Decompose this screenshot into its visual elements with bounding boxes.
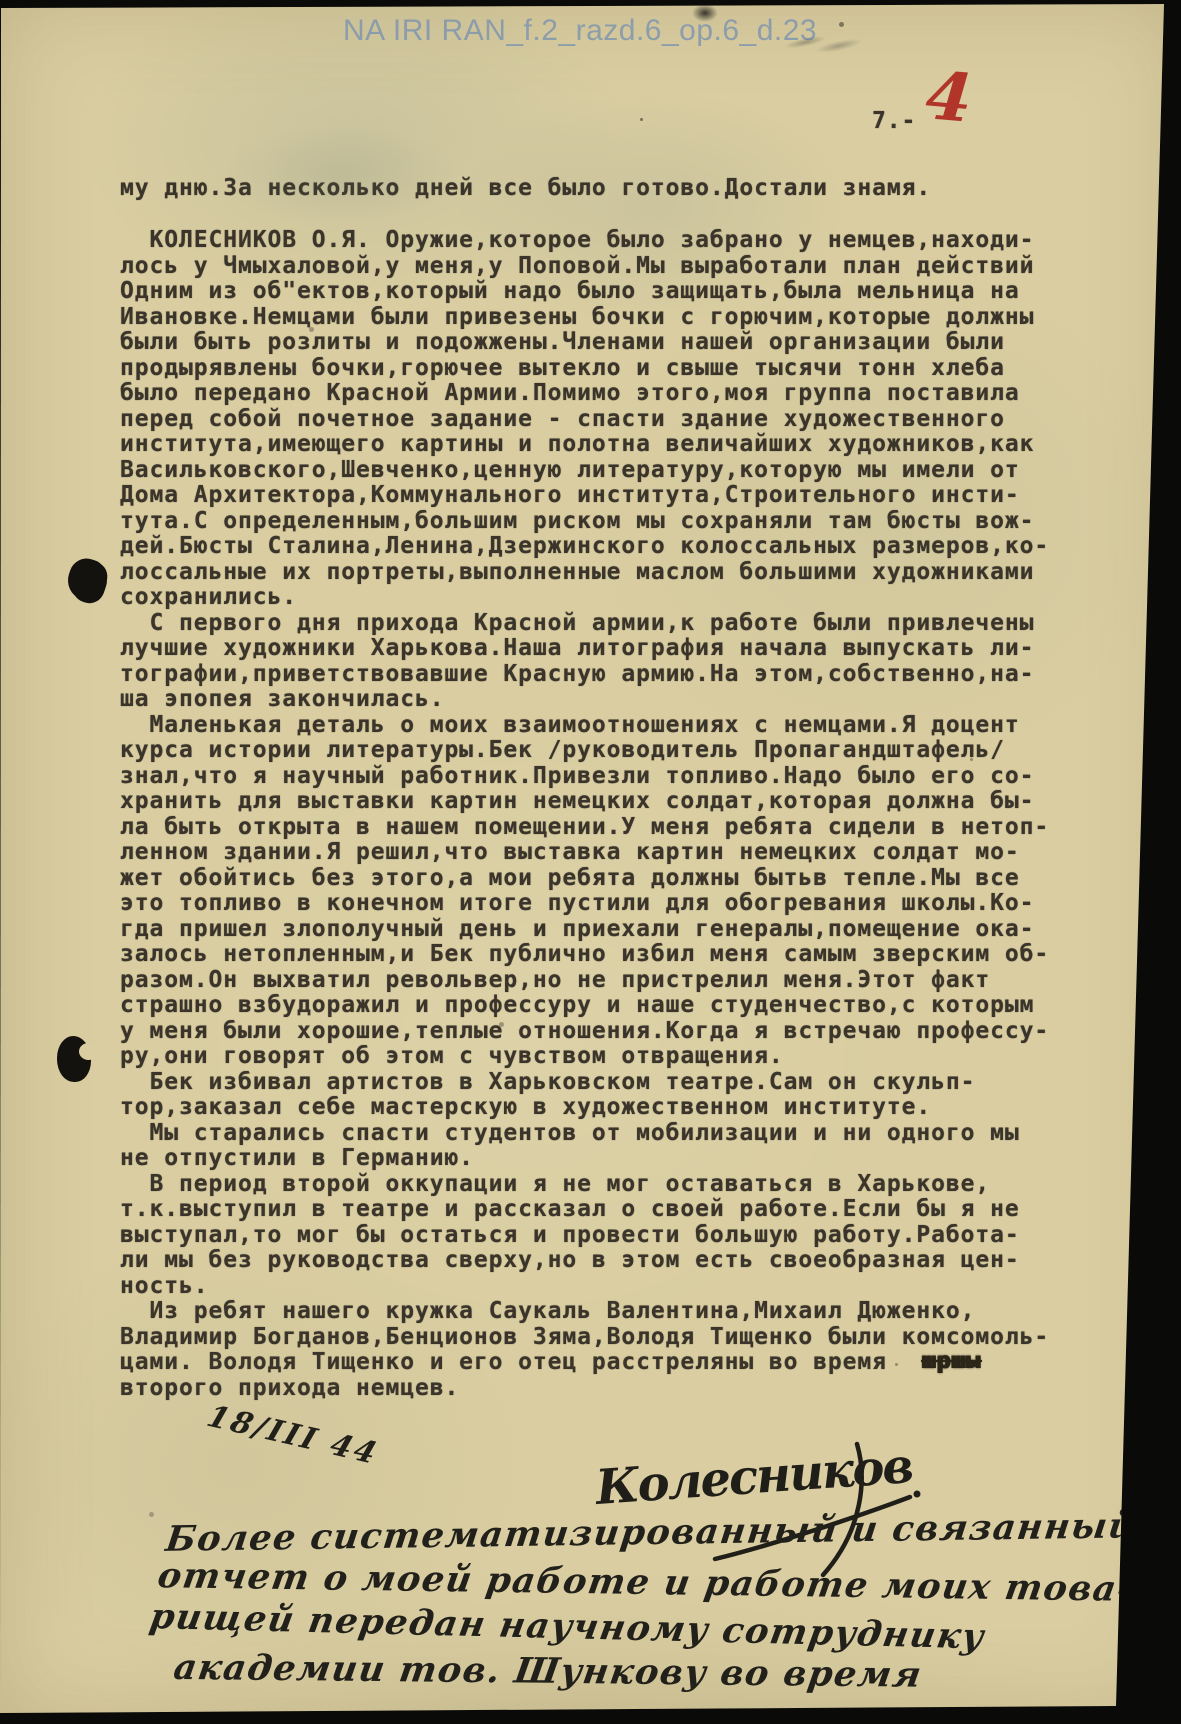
typed-line: лось у Чмыхаловой,у меня,у Поповой.Мы вы… xyxy=(120,254,1049,280)
typed-line: дей.Бюсты Сталина,Ленина,Дзержинского ко… xyxy=(120,534,1049,560)
typed-line: тор,заказал себе мастерскую в художестве… xyxy=(120,1095,1049,1121)
handwritten-note-line: академии тов. Шункову во время xyxy=(171,1645,1158,1701)
typed-line: курса истории литературы.Бек /руководите… xyxy=(120,738,1049,764)
typed-line: залось нетопленным,и Бек публично избил … xyxy=(120,942,1049,968)
typed-line: жет обойтись без этого,а мои ребята долж… xyxy=(120,866,1049,892)
typed-page-number: 7.- xyxy=(872,108,916,134)
typed-line: тута.С определенным,большим риском мы со… xyxy=(120,509,1049,535)
typed-line: института,имеющего картины и полотна вел… xyxy=(120,432,1049,458)
handwritten-note-line: Более систематизированный и связанный xyxy=(163,1503,1149,1563)
typed-line: знал,что я научный работник.Привезли топ… xyxy=(120,764,1049,790)
typed-line: Бек избивал артистов в Харьковском театр… xyxy=(120,1070,1049,1096)
typed-line: продырявлены бочки,горючее вытекло и свы… xyxy=(120,356,1049,382)
typed-line: Ивановке.Немцами были привезены бочки с … xyxy=(120,305,1049,331)
typed-line-first: му дню.За несколько дней все было готово… xyxy=(120,175,931,201)
typed-line: у меня были хорошие,теплые отношения.Ког… xyxy=(120,1019,1049,1045)
typed-line: перед собой почетное задание - спасти зд… xyxy=(120,407,1049,433)
typed-line: выступал,то мог бы остаться и провести б… xyxy=(120,1223,1049,1249)
typed-line: второго прихода немцев. xyxy=(120,1376,1049,1402)
typed-line: сохранились. xyxy=(120,585,1049,611)
red-page-number: 4 xyxy=(923,56,976,138)
typed-line: были быть розлиты и подожжены.Членами на… xyxy=(120,330,1049,356)
typed-line: хранить для выставки картин немецких сол… xyxy=(120,789,1049,815)
typed-line: было передано Красной Армии.Помимо этого… xyxy=(120,381,1049,407)
ink-blot xyxy=(63,555,112,605)
ink-blot xyxy=(57,1036,91,1082)
typed-line: ли мы без руководства сверху,но в этом е… xyxy=(120,1248,1049,1274)
typed-line: Дома Архитектора,Коммунального института… xyxy=(120,483,1049,509)
typed-line: не отпустили в Германию. xyxy=(120,1146,1049,1172)
typed-line: страшно взбудоражил и профессуру и наше … xyxy=(120,993,1049,1019)
typed-line: ру,они говорят об этом с чувством отвращ… xyxy=(120,1044,1049,1070)
handwritten-date: 18/III 44 xyxy=(203,1399,384,1471)
signature-text: Колесников xyxy=(592,1438,914,1516)
typed-line: Васильковского,Шевченко,ценную литератур… xyxy=(120,458,1049,484)
overstruck-word: шршы xyxy=(922,1349,981,1375)
typed-line: Мы старались спасти студентов от мобилиз… xyxy=(120,1121,1049,1147)
typed-line: В период второй оккупации я не мог остав… xyxy=(120,1172,1049,1198)
typed-line: ленном здании.Я решил,что выставка карти… xyxy=(120,840,1049,866)
typed-line: КОЛЕСНИКОВ О.Я. Оружие,которое было забр… xyxy=(120,228,1049,254)
handwritten-note: Более систематизированный и связанныйотч… xyxy=(150,1510,1130,1694)
typed-line: ла быть открыта в нашем помещении.У меня… xyxy=(120,815,1049,841)
document-paper: NA IRI RAN_f.2_razd.6_op.6_d.23 4 7.- му… xyxy=(0,0,1181,1724)
typed-line: цами. Володя Тищенко и его отец расстрел… xyxy=(120,1350,1049,1376)
typed-line: это топливо в конечном итоге пустили для… xyxy=(120,891,1049,917)
typed-line: гда пришел злополучный день и приехали г… xyxy=(120,917,1049,943)
typed-line: Владимир Богданов,Бенционов Зяма,Володя … xyxy=(120,1325,1049,1351)
typed-line: С первого дня прихода Красной армии,к ра… xyxy=(120,611,1049,637)
typed-line: лучшие художники Харькова.Наша литографи… xyxy=(120,636,1049,662)
typed-line: ша эпопея закончилась. xyxy=(120,687,1049,713)
typed-text-block: КОЛЕСНИКОВ О.Я. Оружие,которое было забр… xyxy=(120,228,1049,1401)
typed-line: Маленькая деталь о моих взаимоотношениях… xyxy=(120,713,1049,739)
typed-line: ность. xyxy=(120,1274,1049,1300)
typed-line: разом.Он выхватил револьвер,но не пристр… xyxy=(120,968,1049,994)
typed-line: лоссальные их портреты,выполненные масло… xyxy=(120,560,1049,586)
archive-watermark: NA IRI RAN_f.2_razd.6_op.6_d.23 xyxy=(343,14,817,48)
typed-line: Одним из об"ектов,который надо было защи… xyxy=(120,279,1049,305)
typed-line: т.к.выступил в театре и рассказал о свое… xyxy=(120,1197,1049,1223)
paper-speckles xyxy=(640,118,643,121)
typed-line: Из ребят нашего кружка Саукаль Валентина… xyxy=(120,1299,1049,1325)
typed-line: тографии,приветствовавшие Красную армию.… xyxy=(120,662,1049,688)
signature-flourish-dot xyxy=(914,1491,921,1498)
